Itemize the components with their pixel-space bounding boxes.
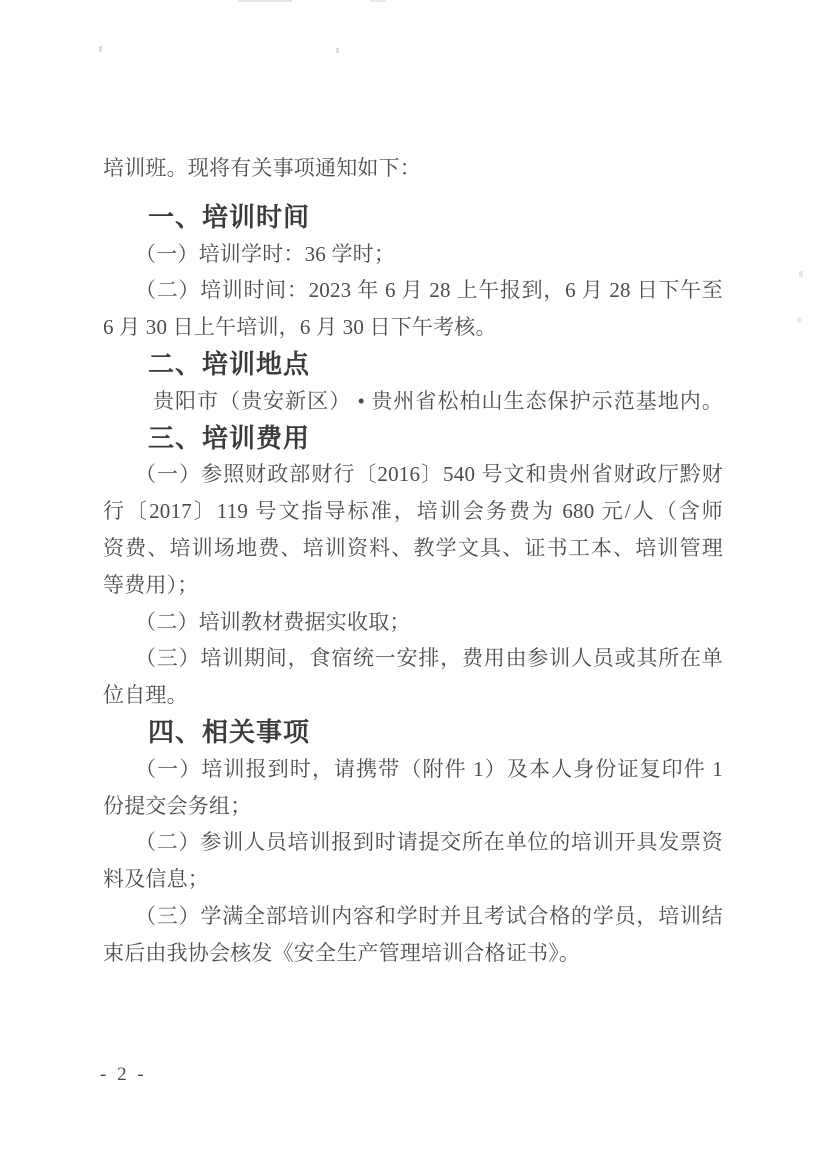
page-number: - 2 - [100,1064,147,1086]
scan-artifact [370,0,386,2]
item-certificate-line: 束后由我协会核发《安全生产管理培训合格证书》。 [103,935,723,972]
scan-artifact [797,318,801,322]
document-body: 培训班。现将有关事项通知如下： 一、培训时间 （一）培训学时：36 学时； （二… [103,150,723,972]
intro-paragraph-line: 培训班。现将有关事项通知如下： [103,150,723,187]
section-heading-training-fees: 三、培训费用 [103,420,723,457]
item-certificate-line: （三）学满全部培训内容和学时并且考试合格的学员，培训结 [103,898,723,935]
item-fee-standard-line: 资费、培训场地费、培训资料、教学文具、证书工本、培训管理 [103,530,723,567]
scan-artifact [99,46,102,52]
scan-artifact [336,48,339,53]
section-heading-training-time: 一、培训时间 [103,199,723,236]
training-location-line: 贵阳市（贵安新区） • 贵州省松柏山生态保护示范基地内。 [103,383,723,420]
section-heading-training-location: 二、培训地点 [103,346,723,383]
item-checkin-documents-line: 份提交会务组； [103,788,723,825]
item-checkin-documents-line: （一）培训报到时，请携带（附件 1）及本人身份证复印件 1 [103,751,723,788]
item-fee-standard-line: 行〔2017〕119 号文指导标准，培训会务费为 680 元/人（含师 [103,493,723,530]
item-training-schedule-line: 6 月 30 日上午培训，6 月 30 日下午考核。 [103,309,723,346]
item-training-schedule-line: （二）培训时间：2023 年 6 月 28 上午报到，6 月 28 日下午至 [103,272,723,309]
item-board-lodging-line: 位自理。 [103,677,723,714]
item-textbook-fee: （二）培训教材费据实收取； [103,604,723,641]
scan-artifact [238,0,292,2]
scanned-document-page: 培训班。现将有关事项通知如下： 一、培训时间 （一）培训学时：36 学时； （二… [0,0,823,1164]
item-training-hours: （一）培训学时：36 学时； [103,236,723,273]
scan-artifact [799,271,803,277]
item-fee-standard-line: 等费用）； [103,567,723,604]
item-invoice-info-line: 料及信息； [103,861,723,898]
item-fee-standard-line: （一）参照财政部财行〔2016〕540 号文和贵州省财政厅黔财 [103,456,723,493]
section-heading-related-matters: 四、相关事项 [103,714,723,751]
item-invoice-info-line: （二）参训人员培训报到时请提交所在单位的培训开具发票资 [103,824,723,861]
item-board-lodging-line: （三）培训期间，食宿统一安排，费用由参训人员或其所在单 [103,640,723,677]
